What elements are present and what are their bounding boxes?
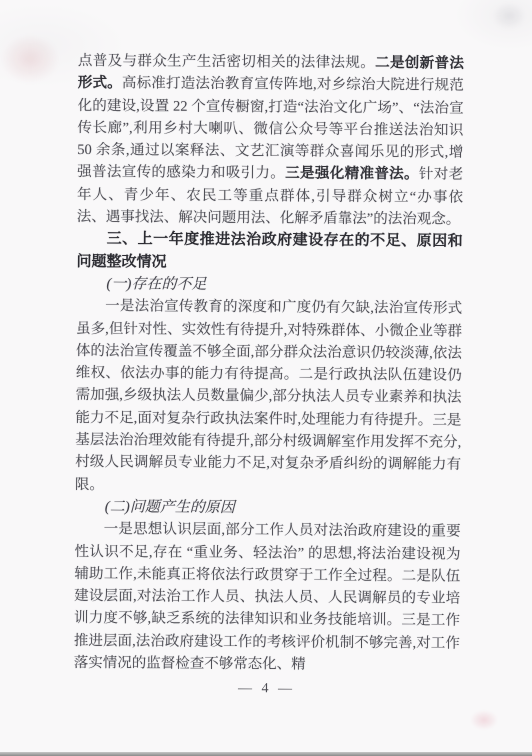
scan-edge-strip	[0, 752, 532, 756]
scan-smudge-top-left	[0, 34, 60, 84]
paragraph-shortcomings: 一是法治宣传教育的深度和广度仍有欠缺,法治宣传形式虽多,但针对性、实效性有待提升…	[75, 295, 462, 498]
subsection-heading-causes: (二)问题产生的原因	[75, 496, 461, 521]
paragraph-continuation: 点普及与群众生产生活密切相关的法律法规。二是创新普法形式。高标准打造法治教育宣传…	[77, 50, 464, 231]
page-tilt-wrapper: 点普及与群众生产生活密切相关的法律法规。二是创新普法形式。高标准打造法治教育宣传…	[73, 50, 464, 701]
subsection-heading-shortcomings: (一)存在的不足	[76, 273, 462, 298]
paragraph-causes: 一是思想认识层面,部分工作人员对法治政府建设的重要性认识不足,存在 “重业务、轻…	[74, 518, 461, 677]
scanned-document-page: 点普及与群众生产生活密切相关的法律法规。二是创新普法形式。高标准打造法治教育宣传…	[0, 0, 532, 756]
scan-smudge-bottom-right	[470, 710, 498, 730]
bold-run-precise-pufa: 三是强化精准普法。	[285, 166, 419, 183]
document-text-block: 点普及与群众生产生活密切相关的法律法规。二是创新普法形式。高标准打造法治教育宣传…	[74, 50, 464, 677]
body-text-run: 点普及与群众生产生活密切相关的法律法规。	[78, 53, 375, 71]
scan-smudge-top-right	[492, 2, 526, 30]
section-heading-three: 三、上一年度推进法治政府建设存在的不足、原因和问题整改情况	[76, 228, 462, 275]
page-number: — 4 —	[73, 678, 459, 701]
